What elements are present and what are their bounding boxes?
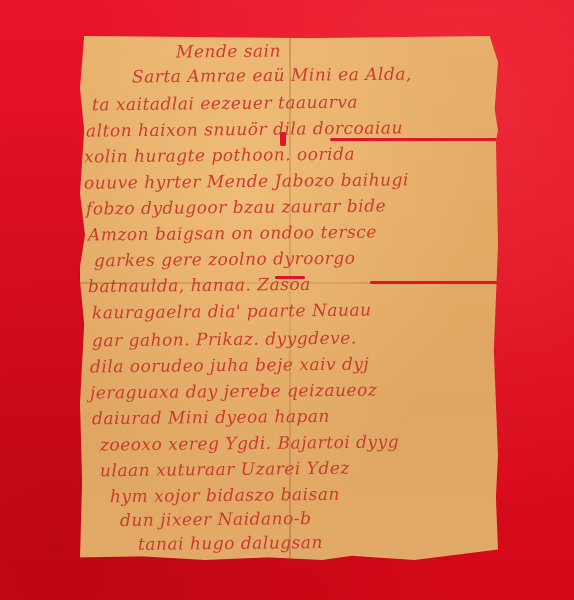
letter-line: zoeoxo xereg Ygdi. Bajartoi dyyg (100, 432, 399, 455)
letter-paper: Mende sain Sarta Amrae eaü Mini ea Alda,… (80, 36, 498, 560)
letter-line: fobzo dydugoor bzau zaurar bide (86, 196, 386, 219)
letter-line: jeraguaxa day jerebe qeizaueoz (90, 380, 377, 403)
letter-line: batnaulda, hanaa. Zasoa (88, 275, 311, 297)
letter-line: gar gahon. Prikaz. dyygdeve. (92, 329, 357, 352)
letter-line: kauragaelra dia' paarte Nauau (92, 301, 372, 324)
letter-line: ouuve hyrter Mende Jabozo baihugi (84, 170, 409, 193)
letter-line: Amzon baigsan on ondoo tersce (88, 222, 377, 245)
letter-line: ulaan xuturaar Uzarei Ydez (100, 459, 350, 482)
letter-line: xolin huragte pothoon. oorida (84, 145, 355, 168)
letter-line: ta xaitadlai eezeuer taauarva (92, 93, 358, 116)
letter-salutation: Mende sain (176, 41, 281, 62)
letter-line: Sarta Amrae eaü Mini ea Alda, (132, 65, 412, 88)
letter-line: garkes gere zoolno dyroorgo (94, 249, 356, 272)
letter-line: dila oorudeo juha beje xaiv dyj (90, 355, 369, 378)
letter-line: hym xojor bidaszo baisan (110, 485, 340, 507)
letter-line: daiurad Mini dyeoa hapan (92, 407, 330, 429)
letter-line: alton haixon snuuör dila dorcoaiau (86, 118, 403, 141)
letter-line: tanai hugo dalugsan (138, 533, 323, 555)
handwritten-letter: Mende sain Sarta Amrae eaü Mini ea Alda,… (80, 36, 498, 560)
letter-line: dun jixeer Naidano-b (120, 509, 312, 531)
